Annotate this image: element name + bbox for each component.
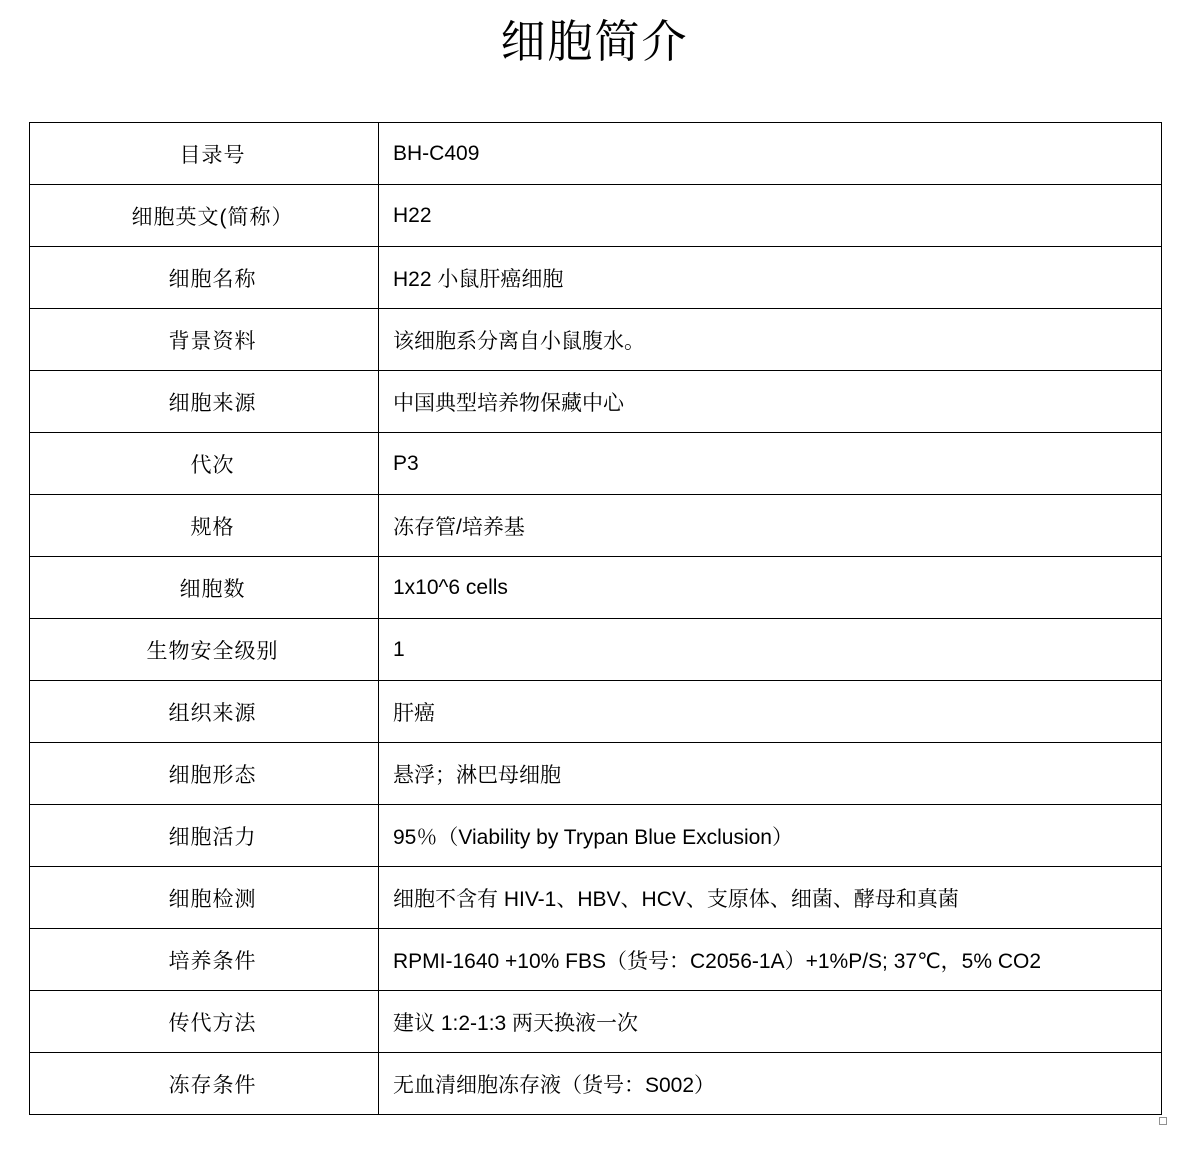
field-label-cell: 细胞英文(简称） xyxy=(30,185,379,247)
field-label-cell: 细胞数 xyxy=(30,557,379,619)
field-label-cell: 传代方法 xyxy=(30,991,379,1053)
field-label-cell: 细胞检测 xyxy=(30,867,379,929)
cell-info-table-body: 目录号 BH-C409 细胞英文(简称） H22 细胞名称 H22 小鼠肝癌细胞… xyxy=(30,123,1162,1115)
field-label-cell: 培养条件 xyxy=(30,929,379,991)
field-value-cell: 无血清细胞冻存液（货号：S002） xyxy=(379,1053,1162,1115)
table-resize-handle[interactable] xyxy=(1159,1117,1167,1125)
table-row: 目录号 BH-C409 xyxy=(30,123,1162,185)
field-value-cell: 95％（Viability by Trypan Blue Exclusion） xyxy=(379,805,1162,867)
field-value-cell: 冻存管/培养基 xyxy=(379,495,1162,557)
field-label-cell: 组织来源 xyxy=(30,681,379,743)
field-label-cell: 冻存条件 xyxy=(30,1053,379,1115)
field-value-cell: 该细胞系分离自小鼠腹水。 xyxy=(379,309,1162,371)
field-value-cell: BH-C409 xyxy=(379,123,1162,185)
table-row: 细胞活力 95％（Viability by Trypan Blue Exclus… xyxy=(30,805,1162,867)
field-label-cell: 背景资料 xyxy=(30,309,379,371)
table-row: 背景资料 该细胞系分离自小鼠腹水。 xyxy=(30,309,1162,371)
field-value-cell: RPMI-1640 +10% FBS（货号：C2056-1A）+1%P/S; 3… xyxy=(379,929,1162,991)
field-value-cell: 1x10^6 cells xyxy=(379,557,1162,619)
field-label-cell: 目录号 xyxy=(30,123,379,185)
field-label-cell: 规格 xyxy=(30,495,379,557)
cell-info-table: 目录号 BH-C409 细胞英文(简称） H22 细胞名称 H22 小鼠肝癌细胞… xyxy=(29,122,1162,1115)
field-label-cell: 细胞来源 xyxy=(30,371,379,433)
table-row: 细胞英文(简称） H22 xyxy=(30,185,1162,247)
table-row: 细胞形态 悬浮；淋巴母细胞 xyxy=(30,743,1162,805)
field-label-cell: 细胞活力 xyxy=(30,805,379,867)
table-row: 培养条件 RPMI-1640 +10% FBS（货号：C2056-1A）+1%P… xyxy=(30,929,1162,991)
table-row: 代次 P3 xyxy=(30,433,1162,495)
table-row: 细胞数 1x10^6 cells xyxy=(30,557,1162,619)
field-value-cell: 建议 1:2-1:3 两天换液一次 xyxy=(379,991,1162,1053)
table-row: 规格 冻存管/培养基 xyxy=(30,495,1162,557)
table-row: 传代方法 建议 1:2-1:3 两天换液一次 xyxy=(30,991,1162,1053)
table-row: 细胞检测 细胞不含有 HIV-1、HBV、HCV、支原体、细菌、酵母和真菌 xyxy=(30,867,1162,929)
field-label-cell: 细胞名称 xyxy=(30,247,379,309)
table-row: 细胞名称 H22 小鼠肝癌细胞 xyxy=(30,247,1162,309)
field-value-cell: 肝癌 xyxy=(379,681,1162,743)
table-row: 生物安全级别 1 xyxy=(30,619,1162,681)
field-value-cell: 1 xyxy=(379,619,1162,681)
field-value-cell: 中国典型培养物保藏中心 xyxy=(379,371,1162,433)
field-label-cell: 细胞形态 xyxy=(30,743,379,805)
table-row: 组织来源 肝癌 xyxy=(30,681,1162,743)
table-row: 细胞来源 中国典型培养物保藏中心 xyxy=(30,371,1162,433)
field-value-cell: H22 小鼠肝癌细胞 xyxy=(379,247,1162,309)
field-value-cell: P3 xyxy=(379,433,1162,495)
field-label-cell: 代次 xyxy=(30,433,379,495)
field-value-cell: H22 xyxy=(379,185,1162,247)
page-title: 细胞简介 xyxy=(0,5,1189,70)
table-row: 冻存条件 无血清细胞冻存液（货号：S002） xyxy=(30,1053,1162,1115)
field-value-cell: 细胞不含有 HIV-1、HBV、HCV、支原体、细菌、酵母和真菌 xyxy=(379,867,1162,929)
field-value-cell: 悬浮；淋巴母细胞 xyxy=(379,743,1162,805)
field-label-cell: 生物安全级别 xyxy=(30,619,379,681)
